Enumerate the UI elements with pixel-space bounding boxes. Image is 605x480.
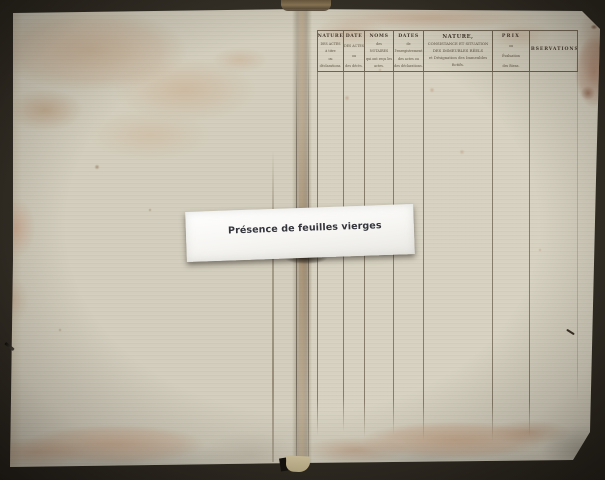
book-scan: NATURE DES ACTES à titre ou déclarations…	[0, 0, 605, 480]
column-header-prix: PRIX ou Évaluation des Biens.	[492, 31, 529, 71]
table-header-row: NATURE DES ACTES à titre ou déclarations…	[317, 30, 578, 72]
table-column-rule	[423, 72, 424, 440]
left-page-crease	[272, 150, 274, 462]
column-header-dates-enregistrement: DATES de l'enregistrement des actes ou d…	[393, 31, 423, 71]
column-subtitle-line: des actes ou	[398, 57, 419, 61]
column-header-nature-actes: NATURE DES ACTES à titre ou déclarations…	[317, 31, 343, 71]
table-column-rule	[492, 72, 493, 441]
spine-headband	[281, 0, 331, 11]
column-subtitle-line: CONSISTANCE ET SITUATION	[428, 42, 489, 47]
column-subtitle-line: qui ont reçu les	[366, 57, 392, 61]
column-title: DATE	[346, 34, 363, 39]
column-subtitle-line: l'enregistrement	[395, 49, 423, 53]
blank-pages-label-text: Présence de feuilles vierges	[191, 219, 419, 238]
column-subtitle-line: des déclarations.	[394, 64, 423, 68]
column-title: OBSERVATIONS.	[529, 47, 578, 52]
column-title: DATES	[398, 34, 419, 39]
column-subtitle-line: de	[406, 42, 410, 46]
column-subtitle-line: Évaluation	[502, 54, 520, 58]
column-header-date-actes: DATE DES ACTES ou des décès.	[343, 31, 364, 71]
column-subtitle-line: des Biens.	[502, 64, 519, 68]
column-subtitle-line: des décès.	[345, 64, 362, 68]
column-subtitle-line: à titre	[325, 49, 335, 53]
column-subtitle-line: DES ACTES	[320, 42, 340, 46]
column-subtitle-line: des	[376, 42, 382, 46]
table-column-rule	[529, 72, 530, 437]
spine-tailband	[286, 455, 311, 472]
column-subtitle-line: déclarations.	[320, 64, 342, 68]
column-subtitle-line: et Désignation des Immeubles	[429, 56, 487, 61]
blank-pages-label: Présence de feuilles vierges	[185, 204, 415, 262]
column-subtitle-line: ou	[352, 54, 356, 58]
column-subtitle-line: DES IMMEUBLES RÉELS	[433, 49, 483, 54]
column-subtitle-line: actes.	[374, 64, 384, 68]
column-title: NATURE	[318, 34, 343, 39]
column-subtitle-line: ou	[509, 44, 513, 48]
column-subtitle-line: fictifs.	[452, 63, 464, 68]
column-header-observations: OBSERVATIONS.	[529, 31, 578, 71]
column-subtitle-line: NOTAIRES	[370, 49, 388, 53]
column-subtitle-line: DES ACTES	[344, 44, 364, 48]
column-header-noms-notaires: NOMS des NOTAIRES qui ont reçu les actes…	[364, 31, 393, 71]
column-subtitle-line: ou	[328, 57, 332, 61]
column-title: NOMS	[369, 34, 388, 39]
table-column-rule	[577, 72, 578, 402]
column-title: NATURE,	[442, 34, 473, 40]
column-title: PRIX	[502, 34, 520, 39]
column-header-nature-immeubles: NATURE, CONSISTANCE ET SITUATION DES IMM…	[423, 31, 492, 71]
table-body	[317, 72, 578, 442]
